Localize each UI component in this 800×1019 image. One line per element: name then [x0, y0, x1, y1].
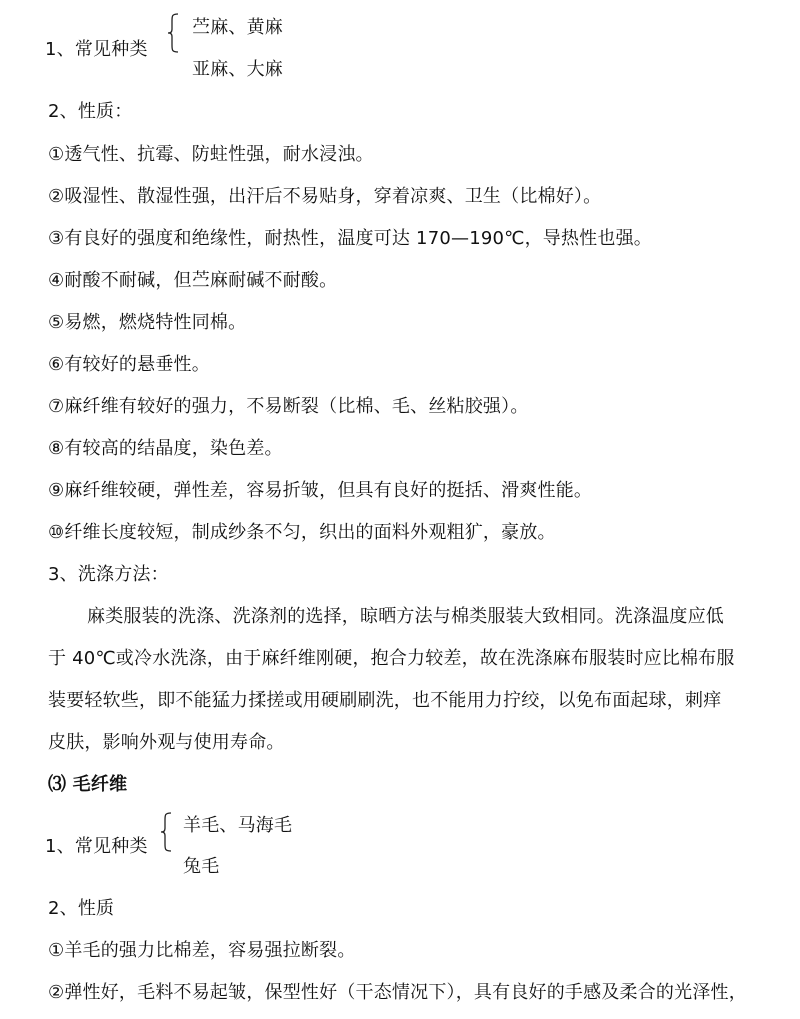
wool-types-label: 1、常见种类 — [45, 835, 148, 859]
wool-property-item: ②弹性好，毛料不易起皱，保型性好（干态情况下），具有良好的手感及柔合的光泽性， — [48, 981, 747, 1005]
left-brace-icon — [167, 13, 179, 51]
hemp-washing-paragraph-line: 于 40℃或冷水洗涤，由于麻纤维刚硬，抱合力较差，故在洗涤麻布服装时应比棉布服 — [48, 647, 735, 671]
hemp-property-item: ④耐酸不耐碱，但苎麻耐碱不耐酸。 — [48, 269, 337, 293]
hemp-property-item: ②吸湿性、散湿性强，出汗后不易贴身，穿着凉爽、卫生（比棉好）。 — [48, 185, 601, 209]
wool-property-item: ①羊毛的强力比棉差，容易强拉断裂。 — [48, 939, 356, 963]
hemp-properties-heading: 2、性质： — [48, 100, 132, 124]
hemp-washing-paragraph-line: 麻类服装的洗涤、洗涤剂的选择，晾晒方法与棉类服装大致相同。洗涤温度应低 — [87, 605, 724, 629]
wool-type-item: 羊毛、马海毛 — [183, 814, 292, 838]
wool-type-item: 兔毛 — [183, 855, 219, 879]
hemp-property-item: ①透气性、抗霉、防蛀性强，耐水浸浊。 — [48, 143, 374, 167]
hemp-property-item: ⑦麻纤维有较好的强力，不易断裂（比棉、毛、丝粘胶强）。 — [48, 395, 529, 419]
hemp-property-item: ⑧有较高的结晶度，染色差。 — [48, 437, 283, 461]
hemp-types-label: 1、常见种类 — [45, 38, 148, 62]
wool-section-title: ⑶ 毛纤维 — [48, 773, 127, 797]
hemp-type-item: 苎麻、黄麻 — [192, 16, 283, 40]
hemp-property-item: ⑩纤维长度较短，制成纱条不匀，织出的面料外观粗犷，豪放。 — [48, 521, 556, 545]
hemp-washing-paragraph-line: 装要轻软些，即不能猛力揉搓或用硬刷刷洗，也不能用力拧绞，以免布面起球，刺痒 — [48, 689, 721, 713]
hemp-type-item: 亚麻、大麻 — [192, 58, 283, 82]
hemp-property-item: ⑤易燃，燃烧特性同棉。 — [48, 311, 246, 335]
wool-properties-heading: 2、性质 — [48, 897, 114, 921]
hemp-washing-heading: 3、洗涤方法： — [48, 563, 169, 587]
hemp-property-item: ③有良好的强度和绝缘性，耐热性，温度可达 170—190℃，导热性也强。 — [48, 227, 652, 251]
hemp-property-item: ⑨麻纤维较硬，弹性差，容易折皱，但具有良好的挺括、滑爽性能。 — [48, 479, 592, 503]
hemp-washing-paragraph-line: 皮肤，影响外观与使用寿命。 — [48, 731, 285, 755]
hemp-property-item: ⑥有较好的悬垂性。 — [48, 353, 210, 377]
left-brace-icon — [160, 812, 172, 850]
